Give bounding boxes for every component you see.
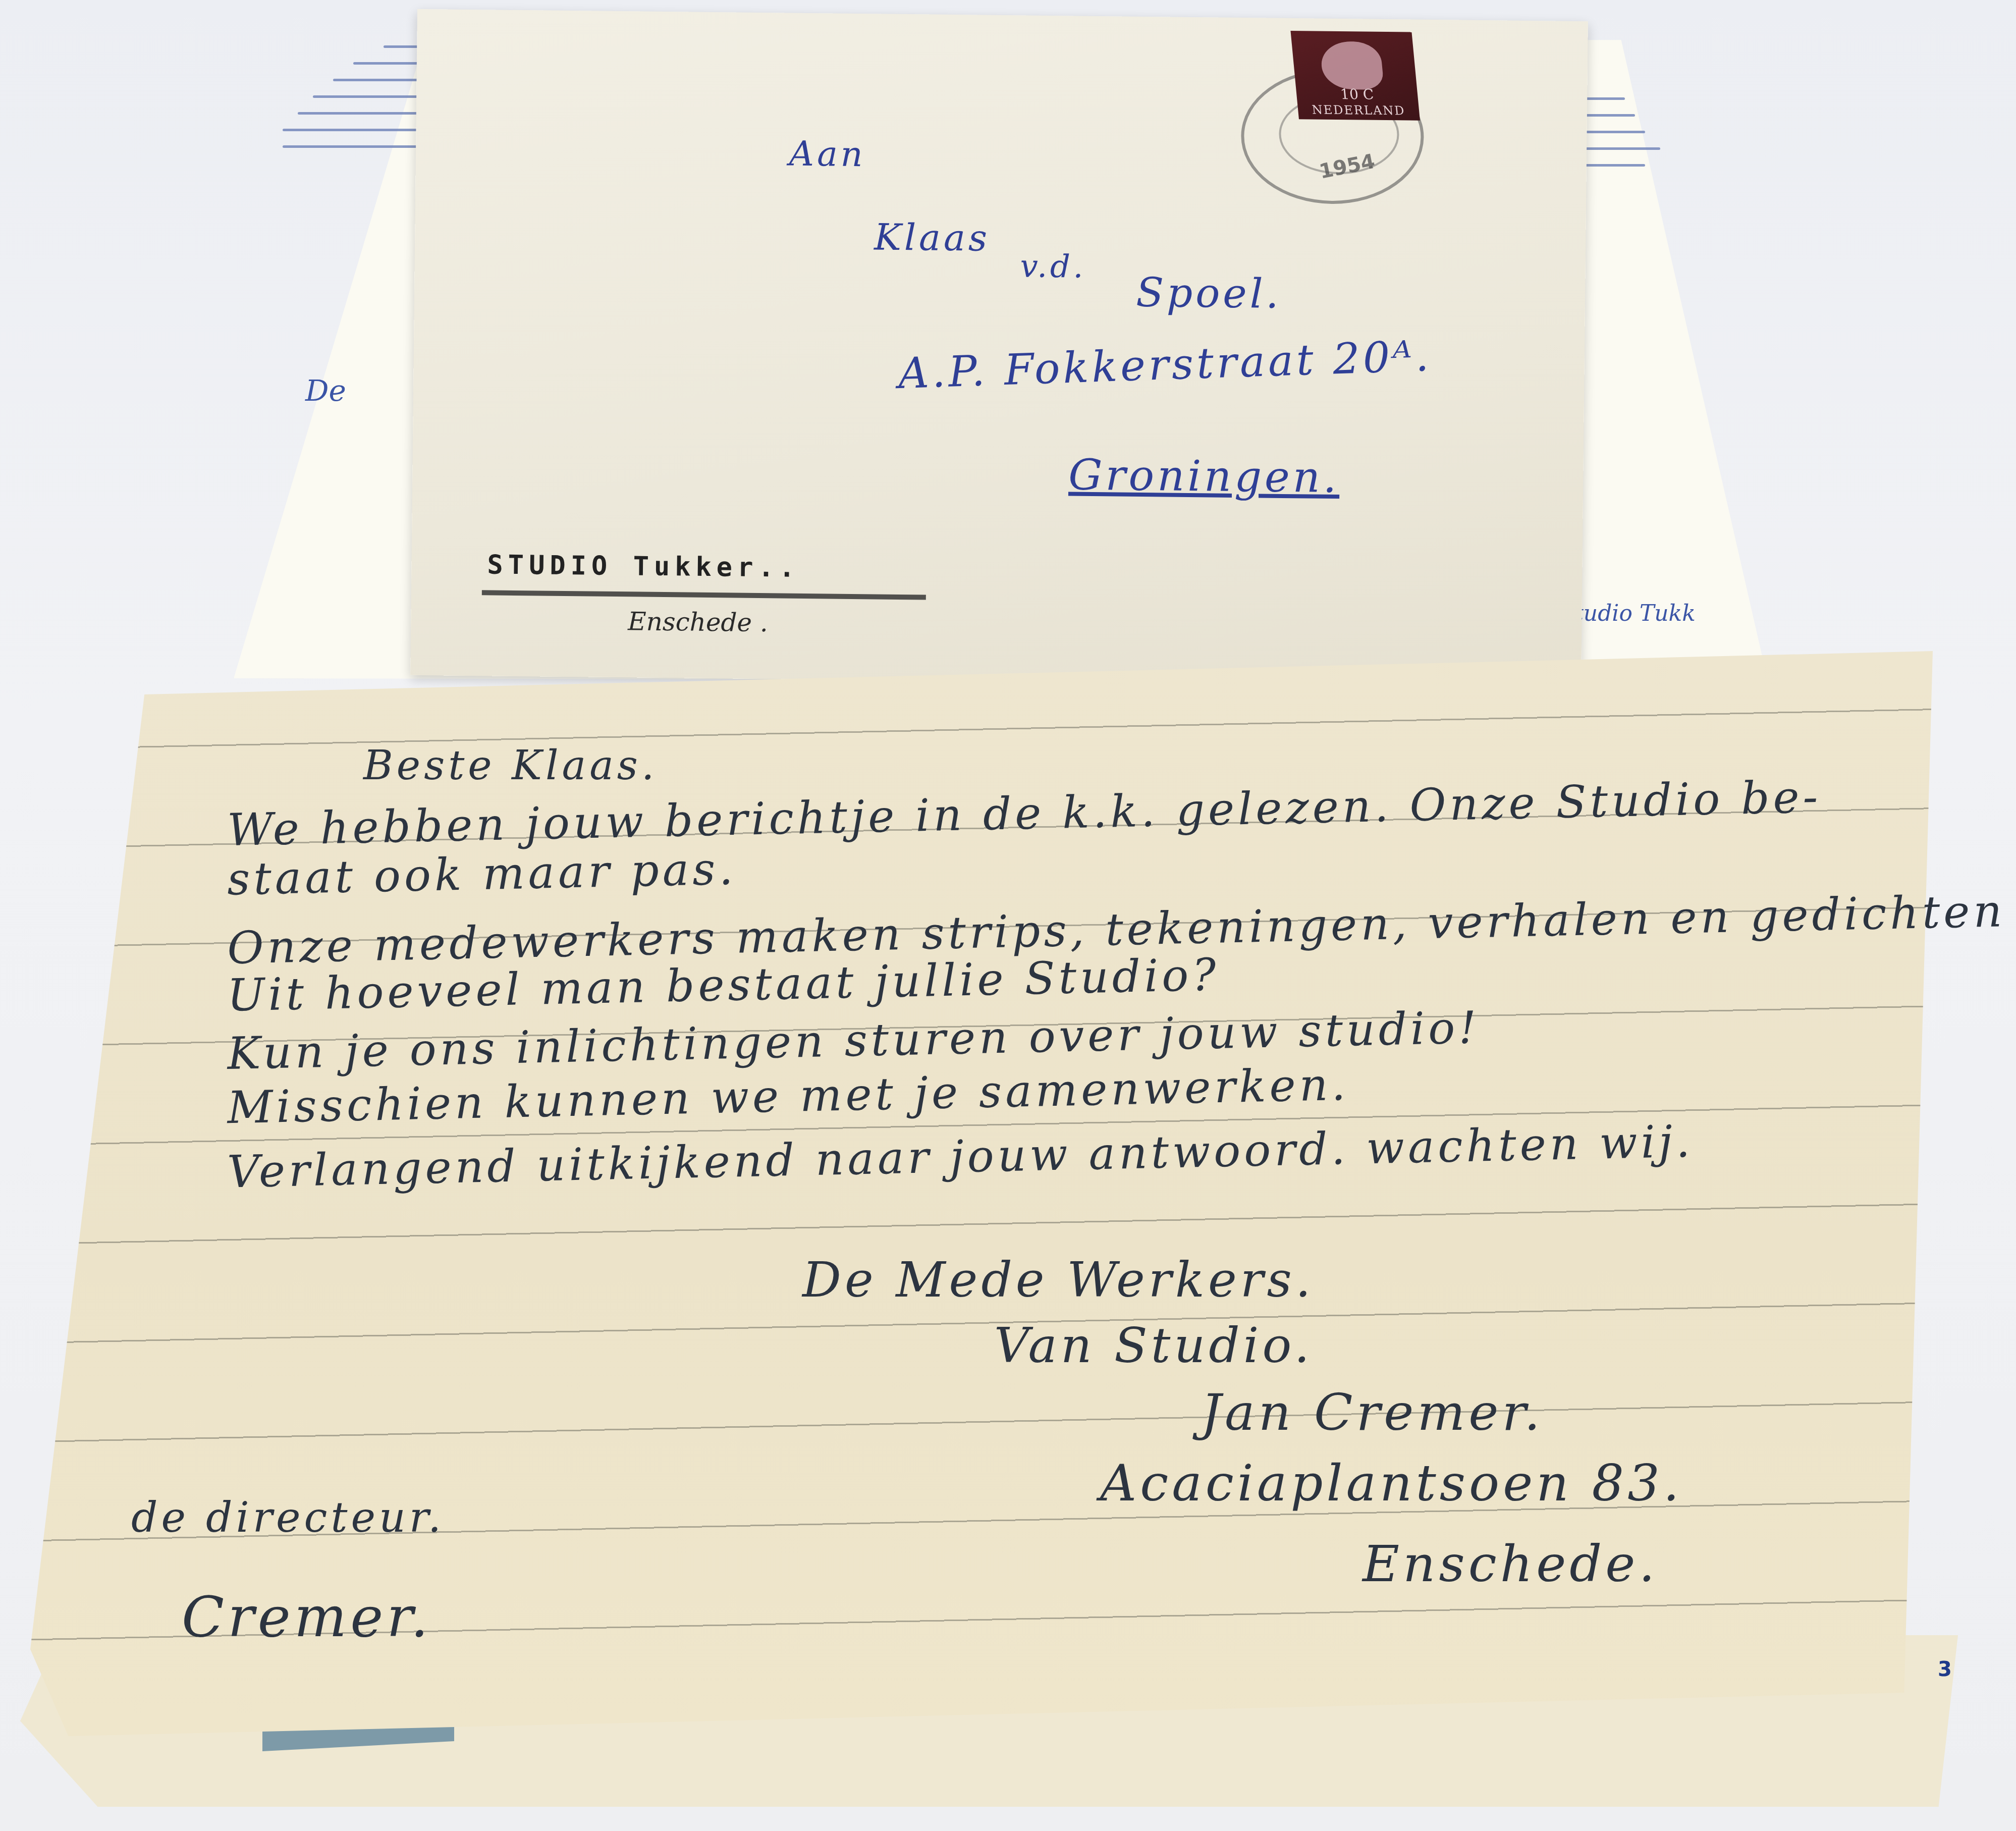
sender-stamp-underline xyxy=(482,590,926,600)
recipient-street: A.P. Fokkerstraat 20ᴬ. xyxy=(897,331,1432,398)
closing-line: Van Studio. xyxy=(994,1317,1313,1374)
closing-line: De Mede Werkers. xyxy=(802,1252,1314,1308)
closing-line: Acaciaplantsoen 83. xyxy=(1100,1453,1683,1513)
envelope-salutation: Aan xyxy=(789,134,866,175)
director-label: de directeur. xyxy=(131,1494,445,1542)
sender-rubber-stamp: STUDIO Tukker.. xyxy=(487,550,800,583)
closing-line: Enschede. xyxy=(1363,1534,1658,1593)
letter-greeting: Beste Klaas. xyxy=(363,742,658,789)
queen-portrait-icon xyxy=(1319,41,1384,90)
closing-line: Jan Cremer. xyxy=(1201,1383,1544,1442)
recipient-first-name: Klaas xyxy=(874,216,990,259)
envelope: 1954 10 C NEDERLAND Aan Klaas v.d. Spoel… xyxy=(410,9,1588,687)
stamp-value: 10 C xyxy=(1296,85,1419,103)
recipient-last-name: Spoel. xyxy=(1136,269,1282,317)
sender-city: Enschede . xyxy=(628,607,768,637)
recipient-middle-name: v.d. xyxy=(1020,247,1086,285)
stamp-country: NEDERLAND xyxy=(1297,102,1420,118)
page-number-mark: 3 xyxy=(1938,1658,1952,1681)
director-signature: Cremer. xyxy=(182,1585,432,1649)
recipient-city: Groningen. xyxy=(1068,450,1340,502)
back-sheet-fragment-left: De xyxy=(305,373,346,408)
postage-stamp: 10 C NEDERLAND xyxy=(1290,31,1420,121)
letter-line: staat ook maar pas. xyxy=(227,842,737,905)
